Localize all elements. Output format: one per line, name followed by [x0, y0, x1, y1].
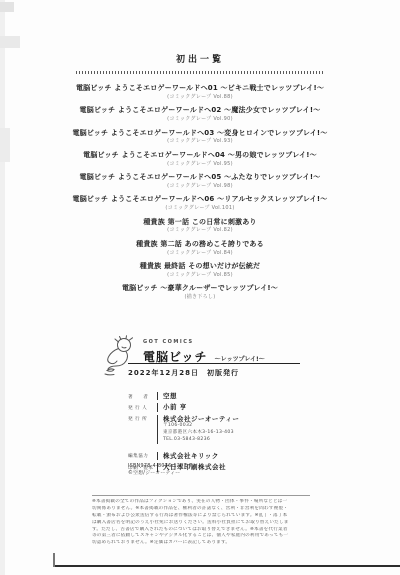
legal-line: ※本書掲載の全ての作品はフィクションであり、実在の人物・団体・事件・場所などとは… — [92, 499, 310, 506]
list-item: 電脳ビッチ ～豪華クルーザーでレッツプレイ!～ (描き下ろし) — [60, 284, 340, 300]
legal-line: 等の第三者に依頼してスキャンやデジタル化することは、個人や家庭内の利用であっても… — [92, 533, 310, 540]
credit-label: 発 行 人 — [128, 403, 154, 411]
isbn: ISBN978-4-8036-1287-7 — [128, 463, 192, 470]
scan-edge-strip — [0, 0, 5, 575]
entry-source: (コミックグレープ Vol.85) — [60, 272, 340, 279]
scan-bottom-edge — [55, 565, 400, 567]
entry-source: (コミックグレープ Vol.82) — [60, 227, 340, 234]
list-item: 種貴族 最終話 その想いだけが伝統だ (コミックグレープ Vol.85) — [60, 262, 340, 278]
entry-title: 電脳ビッチ ようこそエロゲーワールドへ04 ～男の娘でレッツプレイ!～ — [60, 151, 340, 160]
entry-title: 電脳ビッチ ようこそエロゲーワールドへ01 ～ビキニ戦士でレッツプレイ!～ — [60, 84, 340, 93]
section-title: 初出一覧 — [60, 52, 340, 65]
entry-title: 電脳ビッチ ～豪華クルーザーでレッツプレイ!～ — [60, 284, 340, 293]
title-divider — [128, 363, 300, 364]
scan-artifact — [53, 553, 55, 567]
publication-entries: 電脳ビッチ ようこそエロゲーワールドへ01 ～ビキニ戦士でレッツプレイ!～ (コ… — [60, 84, 340, 301]
entry-source: (描き下ろし) — [60, 294, 340, 301]
entry-source: (コミックグレープ Vol.101) — [60, 205, 340, 212]
scan-artifact — [0, 36, 20, 48]
entry-source: (コミックグレープ Vol.84) — [60, 250, 340, 257]
entry-title: 電脳ビッチ ようこそエロゲーワールドへ03 ～変身ヒロインでレッツプレイ!～ — [60, 129, 340, 138]
legal-line: は購入書店名を明記のうえ小社宛にお送りください。送料小社負担にてお取り替えいたし… — [92, 520, 310, 527]
publisher-tel: TEL.03-5843-8236 — [163, 437, 239, 444]
book-subtitle: ～レッツプレイ!～ — [215, 356, 265, 363]
entry-title: 電脳ビッチ ようこそエロゲーワールドへ06 ～リアルセックスレッツプレイ!～ — [60, 195, 340, 204]
isbn-block: ISBN978-4-8036-1287-7 ©空想/ジーオーティー — [128, 463, 192, 477]
imprint-label: GOT COMICS — [143, 339, 194, 345]
legal-line: 切認められておりません。※定価はカバーに表記してあります。 — [92, 540, 310, 547]
entry-title: 種貴族 第一話 この日常に刺激あり — [60, 218, 340, 227]
print-date: 2022年12月28日 初版発行 — [128, 368, 239, 378]
scan-artifact — [0, 128, 10, 162]
publisher-name: 株式会社ジーオーティー — [163, 415, 239, 423]
entry-source: (コミックグレープ Vol.98) — [60, 183, 340, 190]
legal-notice: ※本書掲載の全ての作品はフィクションであり、実在の人物・団体・事件・場所などとは… — [92, 495, 310, 547]
legal-line: 切関係ありません。※本書掲載の作品を、権利者の許諾なく、営利・非営利を問わず複製… — [92, 506, 310, 513]
credit-label: 編集協力 — [128, 452, 154, 460]
list-item: 電脳ビッチ ようこそエロゲーワールドへ03 ～変身ヒロインでレッツプレイ!～ (… — [60, 129, 340, 145]
list-item: 電脳ビッチ ようこそエロゲーワールドへ06 ～リアルセックスレッツプレイ!～ (… — [60, 195, 340, 211]
credit-row-editing: 編集協力 株式会社キリック — [128, 452, 328, 460]
credit-row-publisher: 発 行 所 株式会社ジーオーティー 〒106-0032 東京都港区六本木3-16… — [128, 415, 328, 444]
book-title: 電脳ビッチ — [143, 350, 208, 364]
list-item: 電脳ビッチ ようこそエロゲーワールドへ04 ～男の娘でレッツプレイ!～ (コミッ… — [60, 151, 340, 167]
entry-title: 種貴族 第二話 あの務めこそ誇りである — [60, 240, 340, 249]
entry-source: (コミックグレープ Vol.95) — [60, 161, 340, 168]
entry-title: 種貴族 最終話 その想いだけが伝統だ — [60, 262, 340, 271]
credit-label: 著 者 — [128, 392, 154, 400]
scan-artifact — [0, 2, 14, 12]
list-item: 電脳ビッチ ようこそエロゲーワールドへ02 ～魔法少女でレッツプレイ!～ (コミ… — [60, 106, 340, 122]
list-item: 電脳ビッチ ようこそエロゲーワールドへ01 ～ビキニ戦士でレッツプレイ!～ (コ… — [60, 84, 340, 100]
entry-source: (コミックグレープ Vol.93) — [60, 138, 340, 145]
entry-title: 電脳ビッチ ようこそエロゲーワールドへ05 ～ふたなりでレッツプレイ!～ — [60, 173, 340, 182]
credit-row-author: 著 者 空想 — [128, 392, 328, 400]
credit-value: 株式会社キリック — [157, 452, 219, 460]
colophon-page: 初出一覧 電脳ビッチ ようこそエロゲーワールドへ01 ～ビキニ戦士でレッツプレイ… — [0, 0, 400, 575]
entry-title: 電脳ビッチ ようこそエロゲーワールドへ02 ～魔法少女でレッツプレイ!～ — [60, 106, 340, 115]
copyright: ©空想/ジーオーティー — [128, 470, 192, 477]
legal-line: 転載・頒布および公衆送信する行為は著作権法等により禁じられています。※乱丁・落丁… — [92, 513, 310, 520]
credit-value: 株式会社ジーオーティー 〒106-0032 東京都港区六本木3-16-13-40… — [157, 415, 239, 444]
entry-source: (コミックグレープ Vol.90) — [60, 116, 340, 123]
first-publication-section: 初出一覧 電脳ビッチ ようこそエロゲーワールドへ01 ～ビキニ戦士でレッツプレイ… — [60, 52, 340, 307]
credit-row-publisher-person: 発 行 人 小前 亨 — [128, 403, 328, 411]
list-item: 種貴族 第二話 あの務めこそ誇りである (コミックグレープ Vol.84) — [60, 240, 340, 256]
legal-line: す。ただし、古書店で購入されたものについてはお取り替えできません。※本書を代行業… — [92, 527, 310, 534]
credit-value: 空想 — [157, 392, 177, 400]
list-item: 電脳ビッチ ようこそエロゲーワールドへ05 ～ふたなりでレッツプレイ!～ (コミ… — [60, 173, 340, 189]
credit-value: 小前 亨 — [157, 403, 187, 411]
dotted-divider — [76, 71, 324, 74]
credit-label: 発 行 所 — [128, 415, 154, 423]
list-item: 種貴族 第一話 この日常に刺激あり (コミックグレープ Vol.82) — [60, 218, 340, 234]
entry-source: (コミックグレープ Vol.88) — [60, 94, 340, 101]
